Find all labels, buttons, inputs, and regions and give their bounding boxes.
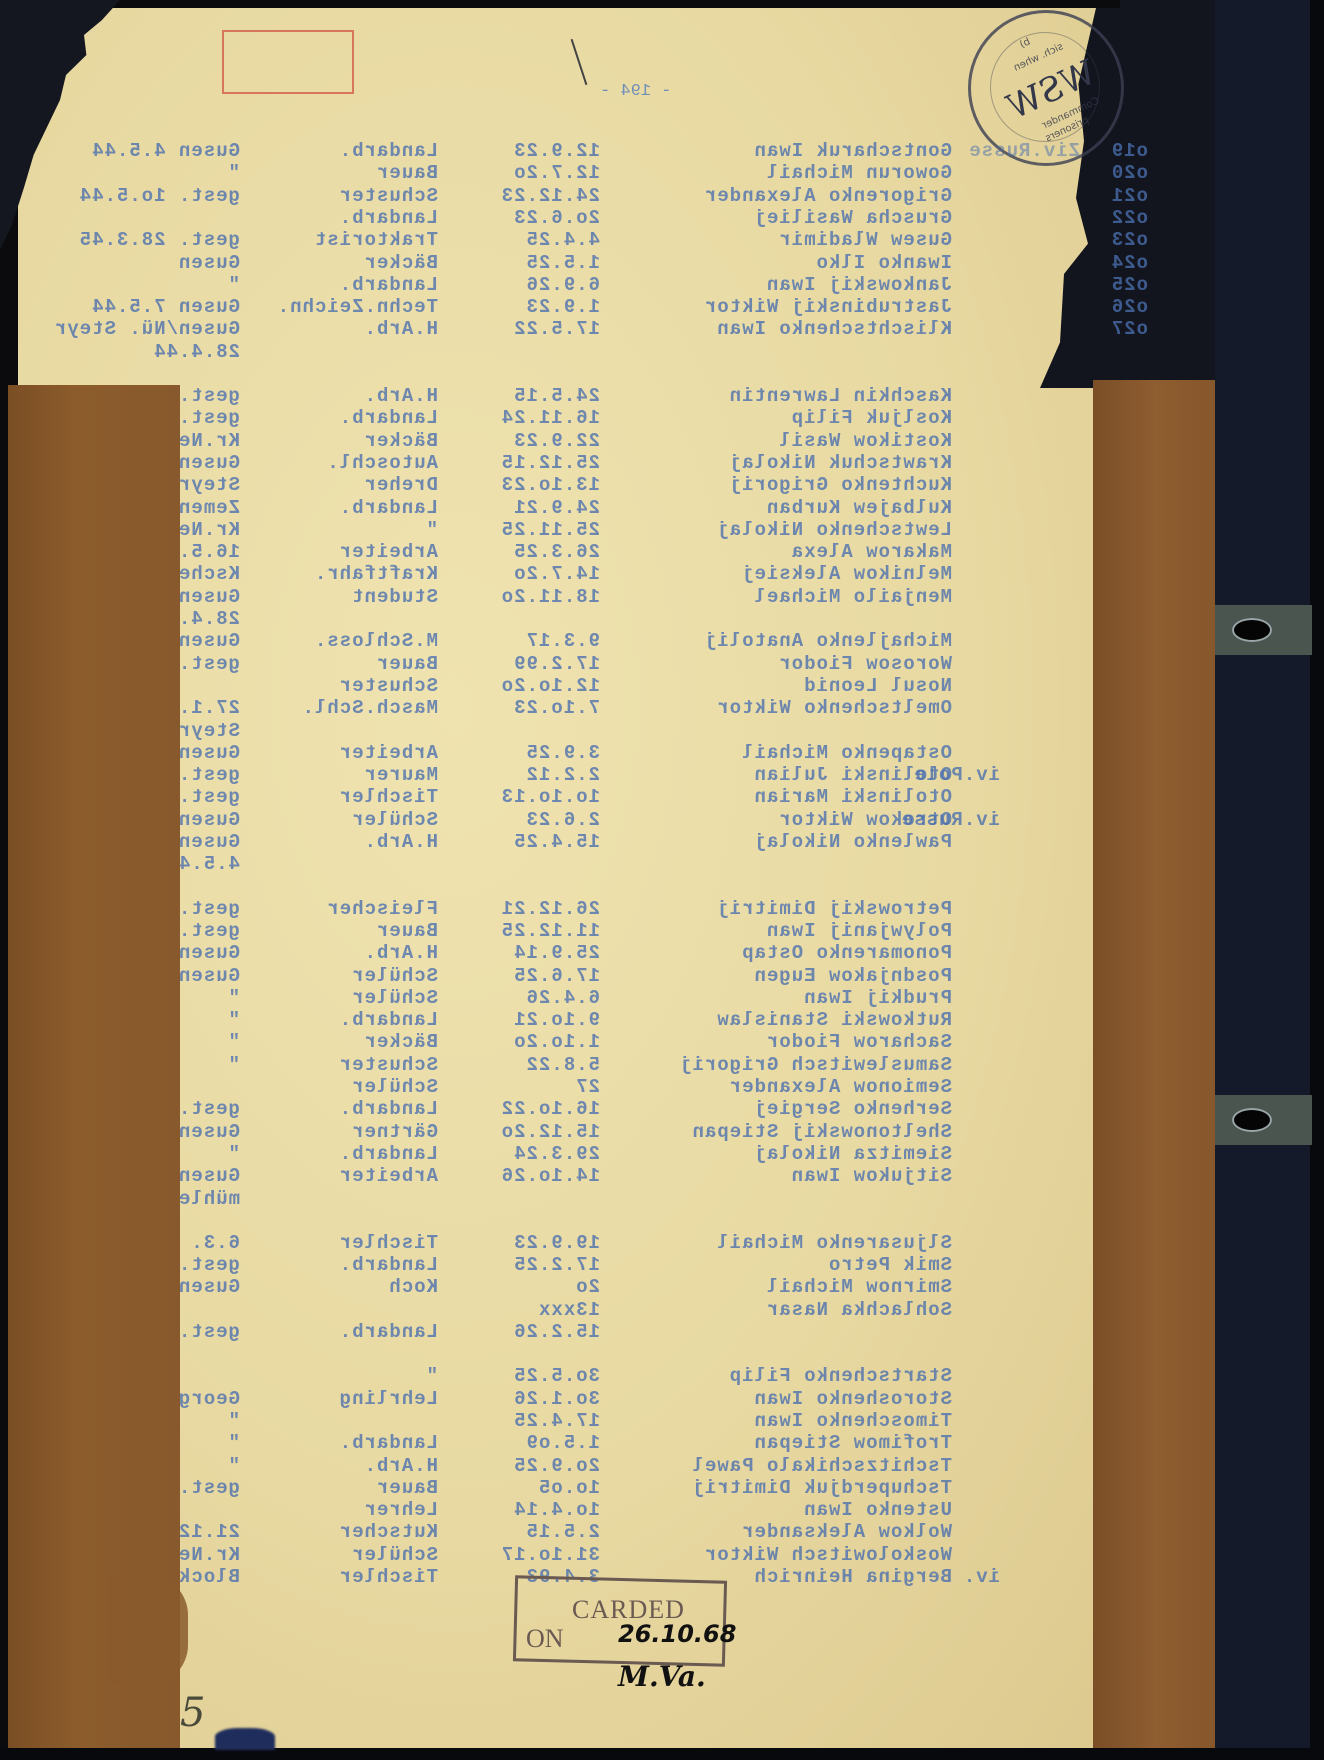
cell-date: 2o xyxy=(575,1276,600,1298)
cell-remark: " xyxy=(228,162,240,184)
cell-occ: Schüler xyxy=(351,987,438,1009)
cell-date: 5.8.22 xyxy=(526,1054,600,1076)
punch-hole-lower xyxy=(1232,1108,1272,1132)
cell-remark: gest. xyxy=(178,653,240,675)
cell-occ: Kraftfahr. xyxy=(314,563,438,585)
cell-name: Storoshenko Iwan xyxy=(754,1388,952,1410)
cell-occ: Schüler xyxy=(351,965,438,987)
cell-occ: Landarb. xyxy=(339,1321,438,1343)
cell-date: 16.1o.22 xyxy=(501,1098,600,1120)
cell-remark: Gusen xyxy=(178,965,240,987)
cell-occ: H.Arb. xyxy=(364,831,438,853)
cell-remark: Gusen xyxy=(178,452,240,474)
cell-date: 26.3.25 xyxy=(513,541,600,563)
cell-no: o24 xyxy=(1111,252,1148,274)
cell-occ: Schuster xyxy=(339,185,438,207)
cell-date: 16.11.24 xyxy=(501,407,600,429)
cell-date: 6.9.26 xyxy=(526,274,600,296)
cell-name: Jastrubinskij Wiktor xyxy=(704,296,952,318)
side-fragment: iv. xyxy=(963,1566,1000,1588)
cell-remark: " xyxy=(228,1432,240,1454)
cell-remark: " xyxy=(228,1031,240,1053)
cell-remark: " xyxy=(228,1054,240,1076)
cell-occ: Landarb. xyxy=(339,1143,438,1165)
cell-remark: 6.3. xyxy=(190,1232,240,1254)
cell-name: Ostapenko Michail xyxy=(741,742,952,764)
tape-strip-left xyxy=(8,385,180,1750)
cell-name: Nosul Leonid xyxy=(803,675,952,697)
cell-remark: gest. xyxy=(178,1254,240,1276)
cell-name: Menjailo Michael xyxy=(754,586,952,608)
cell-name: Krawtschuk Nikolaj xyxy=(729,452,952,474)
cell-date: 2.5.15 xyxy=(526,1521,600,1543)
cell-remark: " xyxy=(228,1143,240,1165)
cell-occ: H.Arb. xyxy=(364,1455,438,1477)
cell-date: 11.12.25 xyxy=(501,920,600,942)
cell-date: 29.3.24 xyxy=(513,1143,600,1165)
cell-date: 2o.9.25 xyxy=(513,1455,600,1477)
cell-name: Sheltonowskij Stiepan xyxy=(692,1121,952,1143)
cell-name: Grigorenko Alexander xyxy=(704,185,952,207)
cell-name: Michajlenko Anatolij xyxy=(704,630,952,652)
cell-name: Gruscha Wasiliej xyxy=(754,207,952,229)
cell-occ: Bauer xyxy=(376,162,438,184)
cell-occ: Tischler xyxy=(339,1566,438,1588)
cell-name: Ponomarenko Ostap xyxy=(741,942,952,964)
cell-occ: Schüler xyxy=(351,1544,438,1566)
cell-occ: Dreher xyxy=(364,474,438,496)
cell-occ: Student xyxy=(351,586,438,608)
cell-name: Semionow Alexander xyxy=(729,1076,952,1098)
cell-name: Serhenko Sergiej xyxy=(754,1098,952,1120)
cell-occ: Bäcker xyxy=(364,430,438,452)
cell-date: 13xxx xyxy=(538,1299,600,1321)
cell-name: Samuslewitsch Grigorij xyxy=(679,1054,952,1076)
cell-no: o20 xyxy=(1111,162,1148,184)
cell-remark: " xyxy=(228,987,240,1009)
cell-remark: 28.4.44 xyxy=(153,341,240,363)
cell-date: 2.2.12 xyxy=(526,764,600,786)
cell-occ: Landarb. xyxy=(339,1432,438,1454)
cell-date: 17.6.25 xyxy=(513,965,600,987)
cell-remark: gest. xyxy=(178,407,240,429)
cell-remark: " xyxy=(228,1455,240,1477)
cell-name: Prudkij Iwan xyxy=(803,987,952,1009)
cell-remark: " xyxy=(228,274,240,296)
cell-occ: " xyxy=(426,519,438,541)
cell-remark: Gusen xyxy=(178,831,240,853)
cell-date: 4.4.25 xyxy=(526,229,600,251)
cell-occ: Koch xyxy=(388,1276,438,1298)
tape-strip-right xyxy=(1093,380,1217,1750)
cell-name: Polywjanij Iwan xyxy=(766,920,952,942)
cell-date: 1.9.23 xyxy=(526,296,600,318)
cell-name: Tschitzschikalo Pawel xyxy=(692,1455,952,1477)
cell-occ: Bauer xyxy=(376,653,438,675)
cell-remark: Gusen xyxy=(178,942,240,964)
cell-no: o26 xyxy=(1111,296,1148,318)
cell-date: 17.4.25 xyxy=(513,1410,600,1432)
cell-date: 19.9.23 xyxy=(513,1232,600,1254)
cell-remark: 16.5. xyxy=(178,541,240,563)
cell-date: 6.4.26 xyxy=(526,987,600,1009)
cell-remark: Gusen xyxy=(178,252,240,274)
binder-edge xyxy=(1310,0,1324,1760)
cell-occ: M.Schloss. xyxy=(314,630,438,652)
cell-remark: Gusen xyxy=(178,1276,240,1298)
cell-name: Sitjukow Iwan xyxy=(791,1165,952,1187)
cell-occ: Landarb. xyxy=(339,274,438,296)
cell-occ: Schüler xyxy=(351,1076,438,1098)
cell-date: 25.11.25 xyxy=(501,519,600,541)
cell-date: 15.12.2o xyxy=(501,1121,600,1143)
cell-date: 3o.5.25 xyxy=(513,1365,600,1387)
cell-date: 25.9.14 xyxy=(513,942,600,964)
cell-occ: Landarb. xyxy=(339,1254,438,1276)
cell-occ: Bauer xyxy=(376,1477,438,1499)
cell-remark: Gusen xyxy=(178,1121,240,1143)
cell-remark: Steyr xyxy=(178,720,240,742)
cell-date: 27 xyxy=(575,1076,600,1098)
cell-date: 17.2.25 xyxy=(513,1254,600,1276)
cell-occ: H.Arb. xyxy=(364,942,438,964)
cell-date: 1o.4.14 xyxy=(513,1499,600,1521)
cell-remark: Ksche xyxy=(178,563,240,585)
cell-remark: gest. xyxy=(178,786,240,808)
cell-name: Kostikow Wasil xyxy=(778,430,952,452)
cell-no: o25 xyxy=(1111,274,1148,296)
cell-date: 1o.o5 xyxy=(538,1477,600,1499)
cell-occ: Landarb. xyxy=(339,1098,438,1120)
cell-name: Iwanko Ilko xyxy=(816,252,952,274)
cell-date: 22.9.23 xyxy=(513,430,600,452)
cell-name: Woskolowitsch Wiktor xyxy=(704,1544,952,1566)
cell-occ: Autoschl. xyxy=(326,452,438,474)
cell-name: Sohlachka Nasar xyxy=(766,1299,952,1321)
cell-name: Omeltschenko Wiktor xyxy=(716,697,952,719)
cell-occ: Arbeiter xyxy=(339,1165,438,1187)
cell-name: Smik Petro xyxy=(828,1254,952,1276)
cell-no: o27 xyxy=(1111,318,1148,340)
cell-name: Sacharow Fiodor xyxy=(766,1031,952,1053)
cell-name: Tschuperdjuk Dimitrij xyxy=(692,1477,952,1499)
cell-name: Wolkow Aleksander xyxy=(741,1521,952,1543)
cell-remark: gest. 1o.5.44 xyxy=(79,185,240,207)
cell-name: Lewtschenko Nikolaj xyxy=(716,519,952,541)
cell-occ: Tischler xyxy=(339,786,438,808)
carded-handwritten-date: 26.10.68 xyxy=(618,1620,736,1648)
cell-date: 13.1o.23 xyxy=(501,474,600,496)
cell-occ: H.Arb. xyxy=(364,385,438,407)
cell-name: Smirnow Michail xyxy=(766,1276,952,1298)
cell-date: 15.4.25 xyxy=(513,831,600,853)
cell-date: 1o.1o.13 xyxy=(501,786,600,808)
cell-no: o19 xyxy=(1111,140,1148,162)
cell-date: 31.1o.17 xyxy=(501,1544,600,1566)
cell-date: 24.5.15 xyxy=(513,385,600,407)
cell-date: 1.1o.2o xyxy=(513,1031,600,1053)
cell-occ: Bauer xyxy=(376,920,438,942)
cell-date: 18.11.2o xyxy=(501,586,600,608)
cell-name: Bergina Heinrich xyxy=(754,1566,952,1588)
cell-occ: Arbeiter xyxy=(339,742,438,764)
cell-occ: Landarb. xyxy=(339,140,438,162)
cell-name: Makarow Alexa xyxy=(791,541,952,563)
cell-date: 17.2.99 xyxy=(513,653,600,675)
cell-occ: Landarb. xyxy=(339,207,438,229)
cell-name: Jankowskij Iwan xyxy=(766,274,952,296)
cell-date: 15.2.26 xyxy=(513,1321,600,1343)
cell-occ: Landarb. xyxy=(339,407,438,429)
cell-remark: " xyxy=(228,1009,240,1031)
cell-remark: Gusen xyxy=(178,630,240,652)
cell-name: Trofimow Stiepan xyxy=(754,1432,952,1454)
cell-occ: Schuster xyxy=(339,1054,438,1076)
cell-no: o23 xyxy=(1111,229,1148,251)
cell-name: Rutkowski Stanislaw xyxy=(716,1009,952,1031)
cell-remark: gest. xyxy=(178,764,240,786)
cell-remark: gest. xyxy=(178,385,240,407)
side-fragment: iv.Russe xyxy=(901,809,1000,831)
cell-name: Timoschenko Iwan xyxy=(754,1410,952,1432)
cell-name: Kuchtenko Grigorij xyxy=(729,474,952,496)
cell-remark: Steyr xyxy=(178,474,240,496)
cell-remark: mühle xyxy=(178,1188,240,1210)
cell-date: 25.12.15 xyxy=(501,452,600,474)
cell-name: Kosljuk Filip xyxy=(791,407,952,429)
pencil-number-mark: 5 xyxy=(180,1690,205,1736)
cell-remark: Gusen/Nü. Steyr xyxy=(54,318,240,340)
cell-date: 2.6.23 xyxy=(526,809,600,831)
cell-occ: Masch.Schl. xyxy=(302,697,438,719)
cell-date: 12.1o.2o xyxy=(501,675,600,697)
carded-stamp-on: ON xyxy=(526,1624,564,1654)
cell-name: Kulbajew Kurban xyxy=(766,497,952,519)
cell-date: 7.1o.23 xyxy=(513,697,600,719)
cell-name: Worosow Fiodor xyxy=(778,653,952,675)
cell-date: 14.7.2o xyxy=(513,563,600,585)
cell-occ: Lehrer xyxy=(364,1499,438,1521)
cell-remark: Gusen xyxy=(178,1165,240,1187)
cell-remark: Gusen xyxy=(178,742,240,764)
cell-date: 17.5.22 xyxy=(513,318,600,340)
cell-date: 3o.1.26 xyxy=(513,1388,600,1410)
cell-occ: Schüler xyxy=(351,809,438,831)
cell-no: o22 xyxy=(1111,207,1148,229)
cell-name: Startschenko Filip xyxy=(729,1365,952,1387)
cell-name: Kaschkin Lawrentin xyxy=(729,385,952,407)
cell-name: Posdnjakow Eugen xyxy=(754,965,952,987)
cell-remark: gest. xyxy=(178,1098,240,1120)
cell-remark: Gusen xyxy=(178,809,240,831)
cell-remark: gest. xyxy=(178,920,240,942)
cell-occ: Fleischer xyxy=(326,898,438,920)
cell-occ: H.Arb. xyxy=(364,318,438,340)
cell-date: 12.9.23 xyxy=(513,140,600,162)
cell-occ: " xyxy=(426,1365,438,1387)
cell-date: 24.12.23 xyxy=(501,185,600,207)
cell-occ: Kutscher xyxy=(339,1521,438,1543)
cell-date: 14.1o.26 xyxy=(501,1165,600,1187)
cell-name: Siemitza Nikolaj xyxy=(754,1143,952,1165)
cell-no: o21 xyxy=(1111,185,1148,207)
cell-occ: Landarb. xyxy=(339,497,438,519)
cell-nat: Ziv.Russe xyxy=(968,140,1080,162)
cell-name: Otolinski Marian xyxy=(754,786,952,808)
cell-name: Klischtschenko Iwan xyxy=(716,318,952,340)
cell-name: Gontscharuk Iwan xyxy=(754,140,952,162)
cell-name: Gusew Wladimir xyxy=(778,229,952,251)
cell-date: 1.5.o9 xyxy=(526,1432,600,1454)
cell-name: Pawlenko Nikolaj xyxy=(754,831,952,853)
cell-occ: Tischler xyxy=(339,1232,438,1254)
cell-occ: Landarb. xyxy=(339,1009,438,1031)
cell-date: 9.3.17 xyxy=(526,630,600,652)
binder-strip xyxy=(1215,0,1312,1760)
cell-remark: Gusen 7.5.44 xyxy=(91,296,240,318)
cell-remark: gest. xyxy=(178,898,240,920)
cell-remark: gest. 28.3.45 xyxy=(79,229,240,251)
cell-occ: Bäcker xyxy=(364,1031,438,1053)
tape-strip-left-corner xyxy=(108,1575,188,1685)
cell-occ: Lehrling xyxy=(339,1388,438,1410)
cell-occ: Schuster xyxy=(339,675,438,697)
cell-occ: Maurer xyxy=(364,764,438,786)
cell-name: Ustenko Iwan xyxy=(803,1499,952,1521)
cell-date: 26.12.21 xyxy=(501,898,600,920)
cell-date: 9.1o.21 xyxy=(513,1009,600,1031)
side-fragment: iv.Pole xyxy=(913,764,1000,786)
cell-date: 3.9.25 xyxy=(526,742,600,764)
cell-name: Goworun Michail xyxy=(766,162,952,184)
cell-date: 12.7.2o xyxy=(513,162,600,184)
cell-occ: Traktorist xyxy=(314,229,438,251)
cell-occ: Arbeiter xyxy=(339,541,438,563)
cell-occ: Bäcker xyxy=(364,252,438,274)
cell-occ: Techn.Zeichn. xyxy=(277,296,438,318)
cell-date: 2o.6.23 xyxy=(513,207,600,229)
cell-occ: Gärtner xyxy=(351,1121,438,1143)
cell-date: 24.9.21 xyxy=(513,497,600,519)
cell-name: Petrowskij Dimitrij xyxy=(716,898,952,920)
punch-hole-upper xyxy=(1232,618,1272,642)
cell-remark: Gusen 4.5.44 xyxy=(91,140,240,162)
cell-date: 1.5.25 xyxy=(526,252,600,274)
cell-remark: " xyxy=(228,1410,240,1432)
scan-bottom-border xyxy=(0,1748,1324,1760)
cell-name: Melnikow Aleksiej xyxy=(741,563,952,585)
cell-name: Sljusarenko Michail xyxy=(716,1232,952,1254)
ink-blot xyxy=(215,1728,275,1750)
carded-handwritten-initials: M.Va. xyxy=(618,1660,706,1693)
